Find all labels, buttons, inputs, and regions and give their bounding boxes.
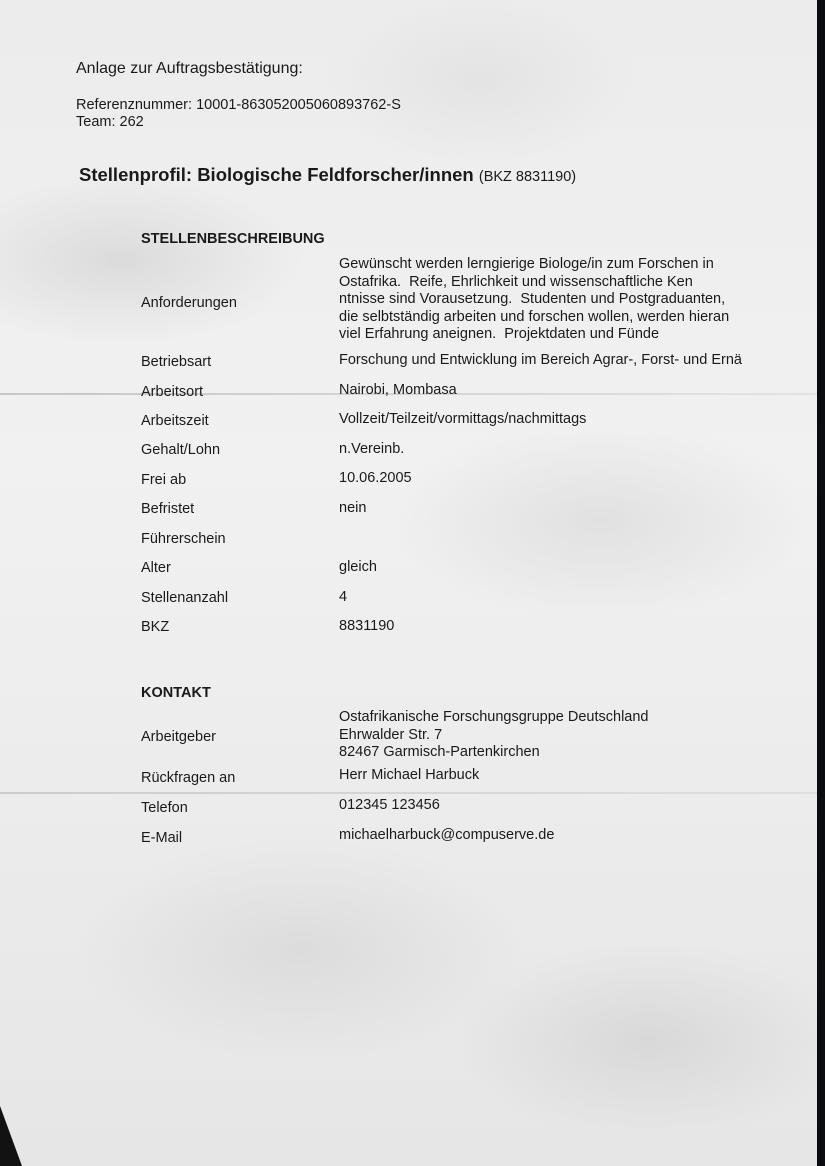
- field-value: nein: [339, 500, 366, 517]
- field-label: Arbeitsort: [141, 384, 203, 401]
- field-label: Arbeitgeber: [141, 729, 216, 746]
- title-bkz: (BKZ 8831190): [479, 169, 576, 185]
- field-label: Arbeitszeit: [141, 413, 209, 430]
- section-heading-stellenbeschreibung: STELLENBESCHREIBUNG: [141, 231, 325, 248]
- section-heading-kontakt: KONTAKT: [141, 685, 211, 702]
- scan-edge: [817, 0, 825, 1166]
- scan-corner: [0, 1106, 22, 1166]
- reference-number: Referenznummer: 10001-863052005060893762…: [76, 97, 401, 114]
- intro-line: Anlage zur Auftragsbestätigung:: [76, 60, 303, 77]
- title-main: Stellenprofil: Biologische Feldforscher/…: [79, 164, 474, 185]
- field-label: Rückfragen an: [141, 770, 235, 787]
- field-value: 8831190: [339, 618, 394, 635]
- field-label: Führerschein: [141, 531, 226, 548]
- field-label: Anforderungen: [141, 295, 237, 312]
- field-value: 10.06.2005: [339, 470, 412, 487]
- email-link[interactable]: michaelharbuck@compuserve.de: [339, 827, 554, 844]
- field-value: Ostafrikanische Forschungsgruppe Deutsch…: [339, 709, 649, 762]
- field-value: Forschung und Entwicklung im Bereich Agr…: [339, 352, 742, 369]
- field-label: Alter: [141, 560, 171, 577]
- field-label: E-Mail: [141, 830, 182, 847]
- field-value: Vollzeit/Teilzeit/vormittags/nachmittags: [339, 411, 586, 428]
- field-value: 4: [339, 589, 347, 606]
- field-label: Gehalt/Lohn: [141, 442, 220, 459]
- page-title: Stellenprofil: Biologische Feldforscher/…: [79, 166, 576, 186]
- paper-fold-line: [0, 792, 818, 794]
- team-number: Team: 262: [76, 114, 144, 131]
- field-value: Nairobi, Mombasa: [339, 382, 457, 399]
- field-label: BKZ: [141, 619, 169, 636]
- field-value: Gewünscht werden lerngierige Biologe/in …: [339, 256, 729, 344]
- field-value: n.Vereinb.: [339, 441, 404, 458]
- field-label: Befristet: [141, 501, 194, 518]
- field-label: Telefon: [141, 800, 188, 817]
- field-value: 012345 123456: [339, 797, 440, 814]
- field-label: Stellenanzahl: [141, 590, 228, 607]
- field-label: Frei ab: [141, 472, 186, 489]
- field-value: Herr Michael Harbuck: [339, 767, 479, 784]
- field-value: gleich: [339, 559, 377, 576]
- field-label: Betriebsart: [141, 354, 211, 371]
